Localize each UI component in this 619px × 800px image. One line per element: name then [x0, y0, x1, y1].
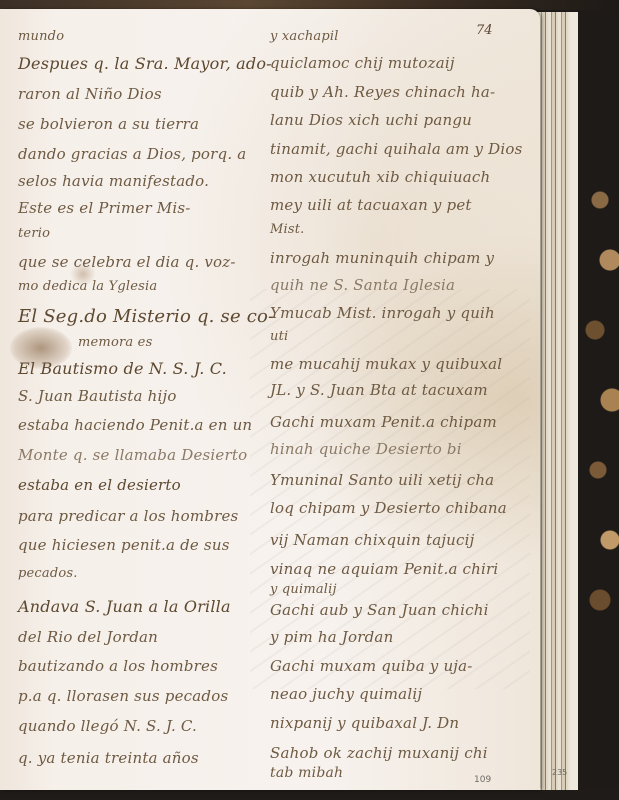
text-line: loq chipam y Desierto chibana: [270, 499, 507, 517]
text-line: para predicar a los hombres: [18, 507, 238, 525]
text-line: mundo: [18, 29, 64, 44]
text-line: tinamit, gachi quihala am y Dios: [270, 140, 523, 158]
text-line: quando llegó N. S. J. C.: [18, 717, 197, 735]
text-line: Sahob ok zachij muxanij chi: [270, 744, 488, 762]
text-line: mo dedica la Yglesia: [18, 279, 157, 294]
text-line: S. Juan Bautista hijo: [18, 387, 177, 405]
text-line: tab mibah: [270, 765, 343, 781]
text-line: Gachi muxam quiba y uja-: [270, 657, 473, 675]
folio-number: 74: [476, 23, 493, 38]
pencil-note: 109: [474, 775, 491, 785]
text-line: lanu Dios xich uchi pangu: [270, 111, 472, 129]
text-line: terio: [18, 226, 50, 241]
text-line: estaba haciendo Penit.a en un: [18, 416, 252, 434]
text-line: neao juchy quimalij: [270, 685, 422, 703]
text-line: y pim ha Jordan: [270, 628, 393, 646]
text-line: uti: [270, 329, 288, 344]
text-line: pecados.: [18, 566, 78, 581]
text-line: inrogah muninquih chipam y: [270, 249, 494, 267]
text-line: quib y Ah. Reyes chinach ha-: [270, 83, 495, 101]
pencil-note: 235: [552, 768, 567, 777]
text-line: estaba en el desierto: [18, 476, 181, 494]
text-line: y xachapil: [270, 29, 339, 44]
text-line: raron al Niño Dios: [18, 85, 162, 103]
page-edge-highlight: [570, 12, 578, 790]
text-line: Ymuninal Santo uili xetij cha: [270, 471, 494, 489]
text-line: bautizando a los hombres: [18, 657, 218, 675]
text-line: que se celebra el dia q. voz-: [18, 253, 236, 271]
text-line: dando gracias a Dios, porq. a: [18, 145, 246, 163]
text-line: p.a q. llorasen sus pecados: [18, 687, 228, 705]
manuscript-page: 74 mundo Despues q. la Sra. Mayor, ado- …: [0, 9, 540, 790]
text-line: mon xucutuh xib chiquiuach: [270, 168, 490, 186]
text-line: del Rio del Jordan: [18, 628, 158, 646]
text-line: quiclamoc chij mutozaij: [270, 54, 455, 72]
text-line: nixpanij y quibaxal J. Dn: [270, 714, 459, 732]
text-line: El Seg.do Misterio q. se co-: [18, 306, 274, 327]
text-line: Este es el Primer Mis-: [18, 199, 191, 217]
text-line: q. ya tenia treinta años: [18, 749, 199, 767]
text-line: Monte q. se llamaba Desierto: [18, 446, 247, 464]
text-line: selos havia manifestado.: [18, 172, 209, 190]
text-line: vij Naman chixquin tajucij: [270, 531, 475, 549]
text-line: me mucahij mukax y quibuxal: [270, 355, 502, 373]
text-line: Mist.: [270, 222, 305, 237]
text-line: Gachi muxam Penit.a chipam: [270, 413, 497, 431]
text-line: y quimalij: [270, 582, 337, 597]
text-line: se bolvieron a su tierra: [18, 115, 199, 133]
text-line: vinaq ne aquiam Penit.a chiri: [270, 560, 498, 578]
binding-edge-bottom: [0, 790, 619, 800]
text-line: Ymucab Mist. inrogah y quih: [270, 304, 495, 322]
text-line: mey uili at tacuaxan y pet: [270, 196, 472, 214]
text-line: Despues q. la Sra. Mayor, ado-: [18, 54, 272, 73]
text-line: hinah quiche Desierto bi: [270, 440, 462, 458]
text-line: JL. y S. Juan Bta at tacuxam: [270, 381, 488, 399]
text-line: Gachi aub y San Juan chichi: [270, 601, 489, 619]
text-line: memora es: [78, 335, 152, 350]
text-line: que hiciesen penit.a de sus: [18, 536, 230, 554]
text-line: El Bautismo de N. S. J. C.: [18, 359, 227, 378]
text-line: quih ne S. Santa Iglesia: [270, 276, 455, 294]
text-line: Andava S. Juan a la Orilla: [18, 597, 231, 616]
